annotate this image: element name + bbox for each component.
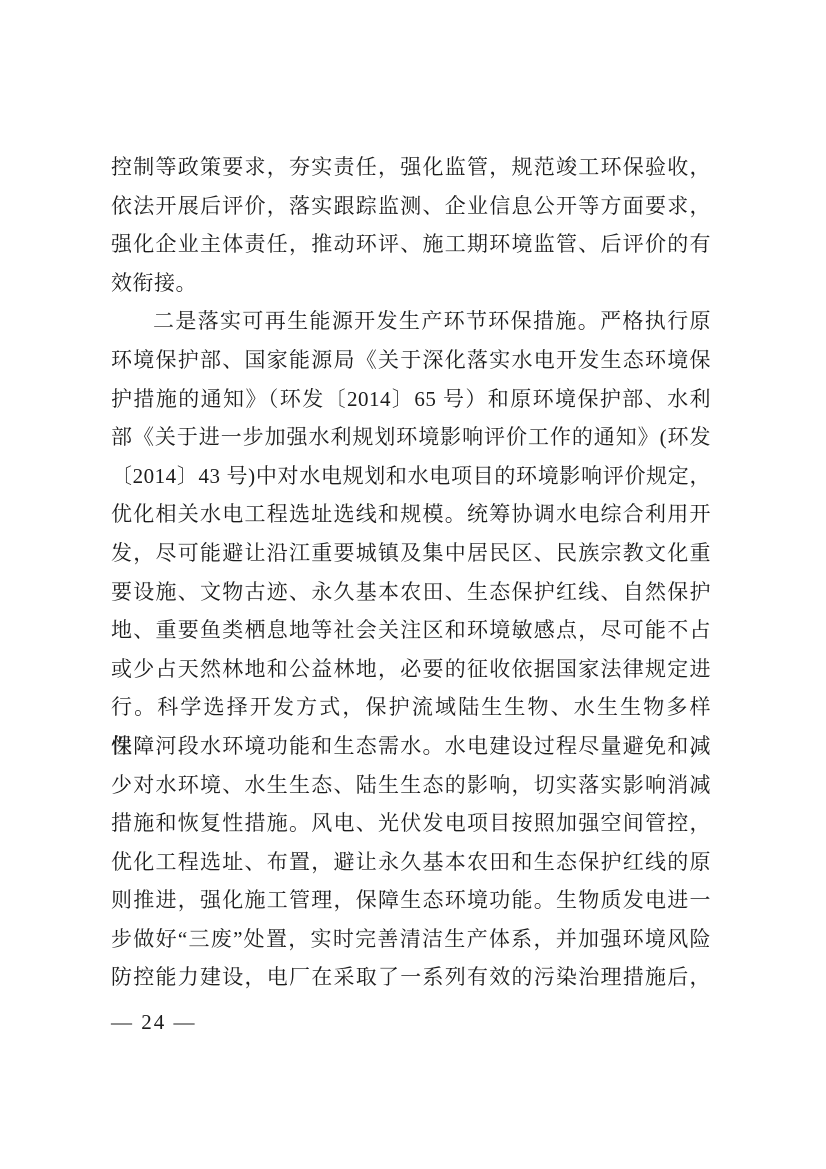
text-line: 或少占天然林地和公益林地，必要的征收依据国家法律规定进 [111,650,711,689]
text-line: 地、重要鱼类栖息地等社会关注区和环境敏感点，尽可能不占 [111,611,711,650]
text-line: 发，尽可能避让沿江重要城镇及集中居民区、民族宗教文化重 [111,534,711,573]
document-page: 控制等政策要求，夯实责任，强化监管，规范竣工环保验收， 依法开展后评价，落实跟踪… [0,0,826,1169]
text-line: 步做好“三废”处置，实时完善清洁生产体系，并加强环境风险 [111,920,711,959]
text-line: 少对水环境、水生生态、陆生生态的影响，切实落实影响消减 [111,766,711,805]
text-line: 护措施的通知》（环发〔2014〕65 号）和原环境保护部、水利 [111,380,711,419]
text-line: 依法开展后评价，落实跟踪监测、企业信息公开等方面要求， [111,187,711,226]
paragraph-1: 控制等政策要求，夯实责任，强化监管，规范竣工环保验收， 依法开展后评价，落实跟踪… [111,148,711,302]
paragraph-2: 二是落实可再生能源开发生产环节环保措施。严格执行原 环境保护部、国家能源局《关于… [111,302,711,997]
text-line: 措施和恢复性措施。风电、光伏发电项目按照加强空间管控， [111,804,711,843]
text-line: 优化相关水电工程选址选线和规模。统筹协调水电综合利用开 [111,495,711,534]
text-line: 环境保护部、国家能源局《关于深化落实水电开发生态环境保 [111,341,711,380]
text-line: 二是落实可再生能源开发生产环节环保措施。严格执行原 [111,302,711,341]
text-line: 控制等政策要求，夯实责任，强化监管，规范竣工环保验收， [111,148,711,187]
body-text: 控制等政策要求，夯实责任，强化监管，规范竣工环保验收， 依法开展后评价，落实跟踪… [111,148,711,997]
text-line: 强化企业主体责任，推动环评、施工期环境监管、后评价的有 [111,225,711,264]
text-line: 保障河段水环境功能和生态需水。水电建设过程尽量避免和减 [111,727,711,766]
text-line: 则推进，强化施工管理，保障生态环境功能。生物质发电进一 [111,881,711,920]
text-line: 〔2014〕43 号)中对水电规划和水电项目的环境影响评价规定， [111,457,711,496]
text-line: 要设施、文物古迹、永久基本农田、生态保护红线、自然保护 [111,573,711,612]
page-number: — 24 — [111,1003,197,1041]
text-line: 优化工程选址、布置，避让永久基本农田和生态保护红线的原 [111,843,711,882]
text-line: 行。科学选择开发方式，保护流域陆生生物、水生生物多样性， [111,688,711,727]
text-line: 部《关于进一步加强水利规划环境影响评价工作的通知》(环发 [111,418,711,457]
text-line: 效衔接。 [111,264,711,303]
text-line: 防控能力建设，电厂在采取了一系列有效的污染治理措施后， [111,958,711,997]
